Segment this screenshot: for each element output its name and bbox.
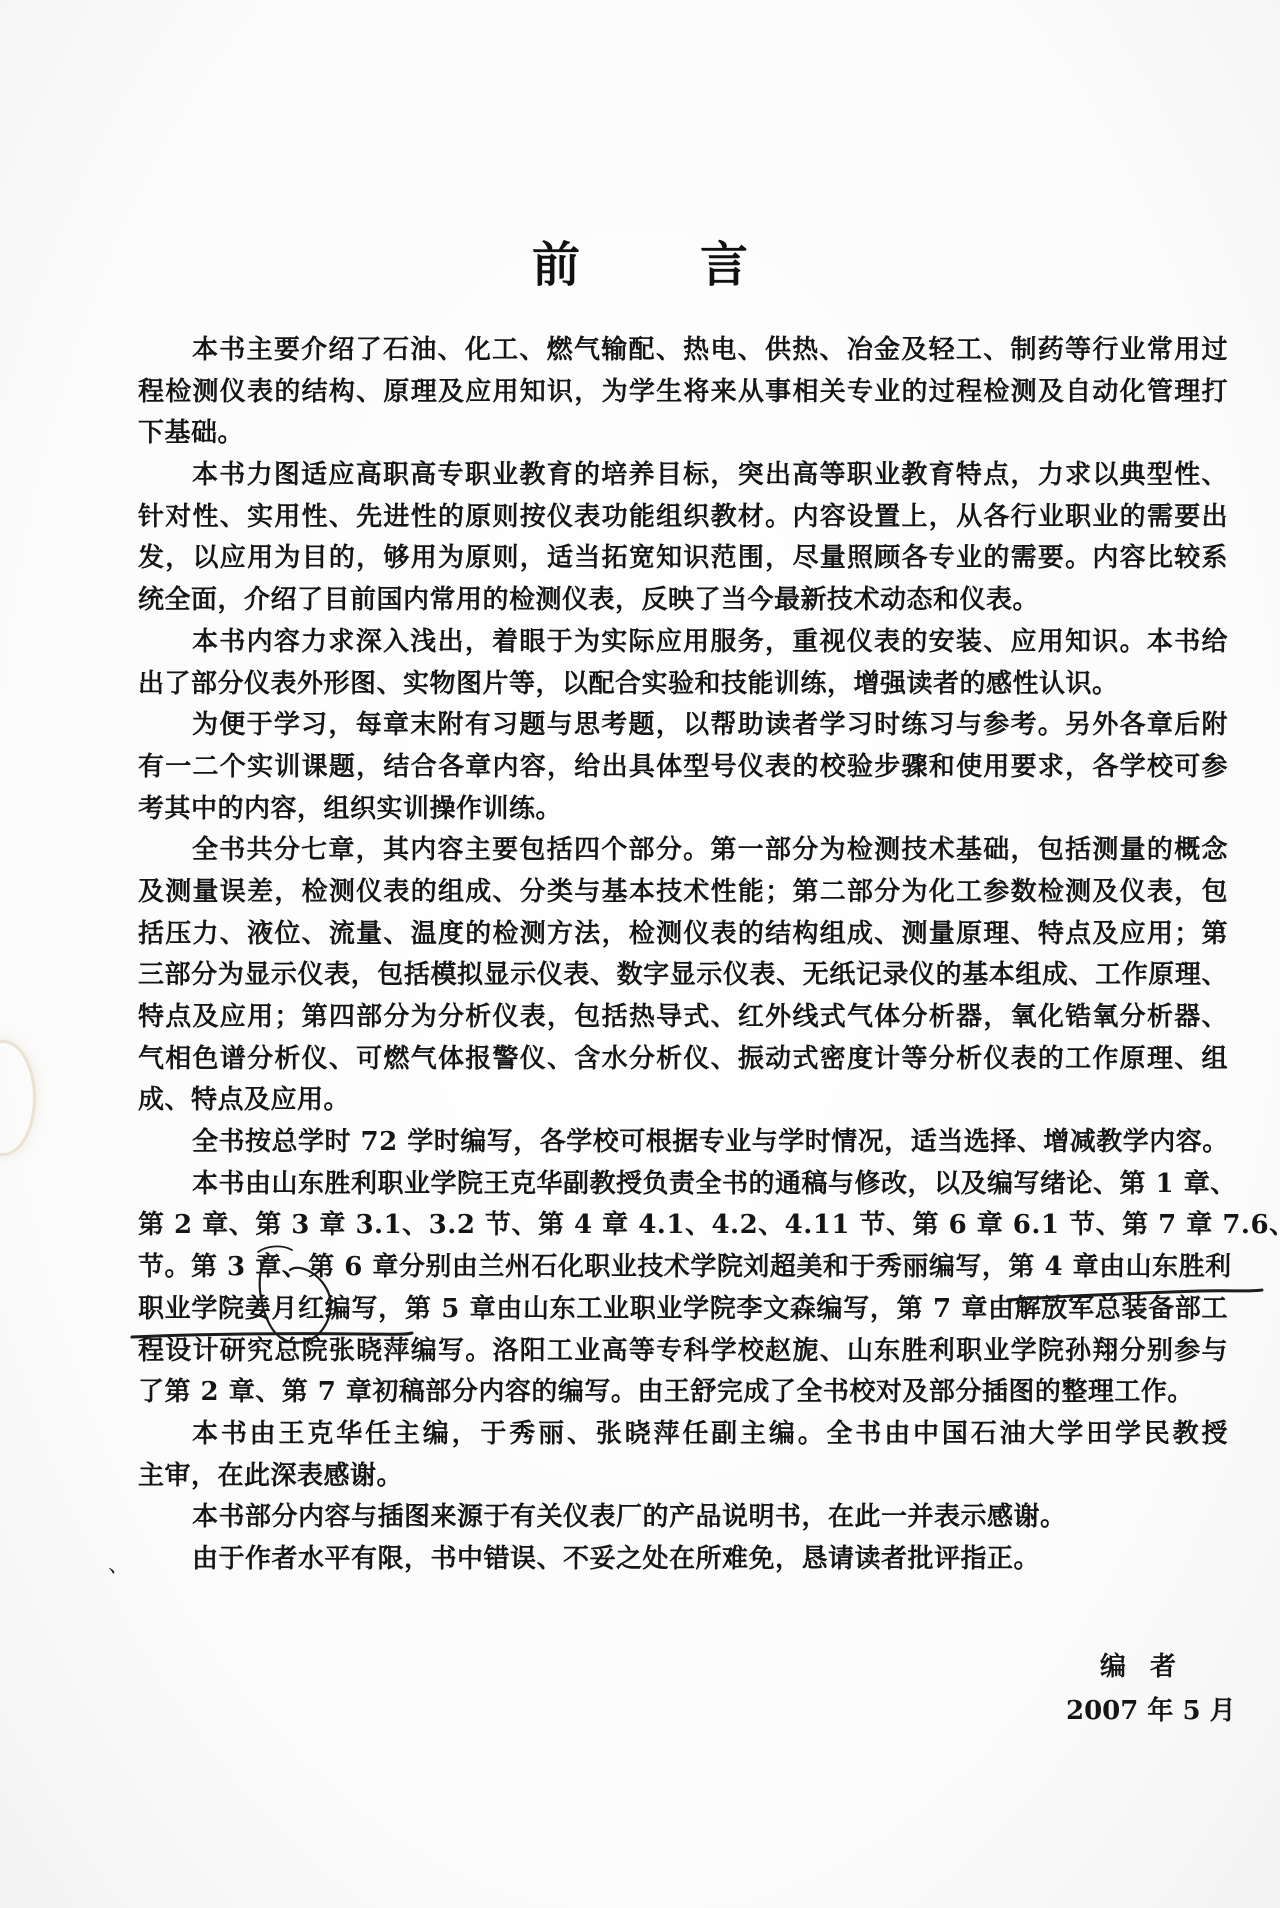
text-line: 了第 2 章、第 7 章初稿部分内容的编写。由王舒完成了全书校对及部分插图的整理… bbox=[138, 1372, 1228, 1414]
signature-date: 2007 年 5 月 bbox=[1066, 1690, 1236, 1727]
text-line: 全书共分七章，其内容主要包括四个部分。第一部分为检测技术基础，包括测量的概念 bbox=[138, 830, 1228, 872]
text-line: 本书由山东胜利职业学院王克华副教授负责全书的通稿与修改，以及编写绪论、第 1 章… bbox=[138, 1164, 1228, 1206]
text-line: 由于作者水平有限，书中错误、不妥之处在所难免，恳请读者批评指正。 bbox=[138, 1539, 1228, 1581]
text-line: 本书主要介绍了石油、化工、燃气输配、热电、供热、冶金及轻工、制药等行业常用过 bbox=[138, 330, 1228, 372]
text-line: 括压力、液位、流量、温度的检测方法，检测仪表的结构组成、测量原理、特点及应用；第 bbox=[138, 914, 1228, 956]
text-line: 特点及应用；第四部分为分析仪表，包括热导式、红外线式气体分析器，氧化锆氧分析器、 bbox=[138, 997, 1228, 1039]
text-line: 本书由王克华任主编，于秀丽、张晓萍任副主编。全书由中国石油大学田学民教授 bbox=[138, 1414, 1228, 1456]
text-line: 针对性、实用性、先进性的原则按仪表功能组织教材。内容设置上，从各行业职业的需要出 bbox=[138, 497, 1228, 539]
text-line: 及测量误差，检测仪表的组成、分类与基本技术性能；第二部分为化工参数检测及仪表，包 bbox=[138, 872, 1228, 914]
text-line: 考其中的内容，组织实训操作训练。 bbox=[138, 789, 1228, 831]
text-line: 本书部分内容与插图来源于有关仪表厂的产品说明书，在此一并表示感谢。 bbox=[138, 1497, 1228, 1539]
text-line: 有一二个实训课题，结合各章内容，给出具体型号仪表的校验步骤和使用要求，各学校可参 bbox=[138, 747, 1228, 789]
signature-role: 编者 bbox=[1100, 1646, 1200, 1683]
text-line: 下基础。 bbox=[138, 413, 1228, 455]
text-line: 本书内容力求深入浅出，着眼于为实际应用服务，重视仪表的安装、应用知识。本书给 bbox=[138, 622, 1228, 664]
text-line: 第 2 章、第 3 章 3.1、3.2 节、第 4 章 4.1、4.2、4.11… bbox=[138, 1205, 1228, 1247]
title-char-2: 言 bbox=[700, 226, 748, 295]
text-line: 发，以应用为目的，够用为原则，适当拓宽知识范围，尽量照顾各专业的需要。内容比较系 bbox=[138, 538, 1228, 580]
text-line: 本书力图适应高职高专职业教育的培养目标，突出高等职业教育特点，力求以典型性、 bbox=[138, 455, 1228, 497]
text-line: 出了部分仪表外形图、实物图片等，以配合实验和技能训练，增强读者的感性认识。 bbox=[138, 664, 1228, 706]
text-line: 三部分为显示仪表，包括模拟显示仪表、数字显示仪表、无纸记录仪的基本组成、工作原理… bbox=[138, 955, 1228, 997]
text-line: 全书按总学时 72 学时编写，各学校可根据专业与学时情况，适当选择、增减教学内容… bbox=[138, 1122, 1228, 1164]
text-line: 成、特点及应用。 bbox=[138, 1080, 1228, 1122]
text-line: 主审，在此深表感谢。 bbox=[138, 1456, 1228, 1498]
text-line: 程检测仪表的结构、原理及应用知识，为学生将来从事相关专业的过程检测及自动化管理打 bbox=[138, 372, 1228, 414]
preface-body: 本书主要介绍了石油、化工、燃气输配、热电、供热、冶金及轻工、制药等行业常用过 程… bbox=[138, 330, 1228, 1581]
text-line: 为便于学习，每章末附有习题与思考题，以帮助读者学习时练习与参考。另外各章后附 bbox=[138, 705, 1228, 747]
text-line: 气相色谱分析仪、可燃气体报警仪、含水分析仪、振动式密度计等分析仪表的工作原理、组 bbox=[138, 1039, 1228, 1081]
scanned-book-page: 前言 本书主要介绍了石油、化工、燃气输配、热电、供热、冶金及轻工、制药等行业常用… bbox=[0, 0, 1280, 1908]
text-line: 职业学院姜月红编写，第 5 章由山东工业职业学院李文森编写，第 7 章由解放军总… bbox=[138, 1289, 1228, 1331]
text-line: 统全面，介绍了目前国内常用的检测仪表，反映了当今最新技术动态和仪表。 bbox=[138, 580, 1228, 622]
text-line: 节。第 3 章、第 6 章分别由兰州石化职业技术学院刘超美和于秀丽编写，第 4 … bbox=[138, 1247, 1228, 1289]
page-title: 前言 bbox=[0, 226, 1280, 295]
title-char-1: 前 bbox=[532, 226, 580, 295]
page-stain bbox=[0, 1040, 36, 1156]
stray-ink-mark: 、 bbox=[108, 1548, 130, 1579]
text-line: 程设计研究总院张晓萍编写。洛阳工业高等专科学校赵旎、山东胜利职业学院孙翔分别参与 bbox=[138, 1331, 1228, 1373]
